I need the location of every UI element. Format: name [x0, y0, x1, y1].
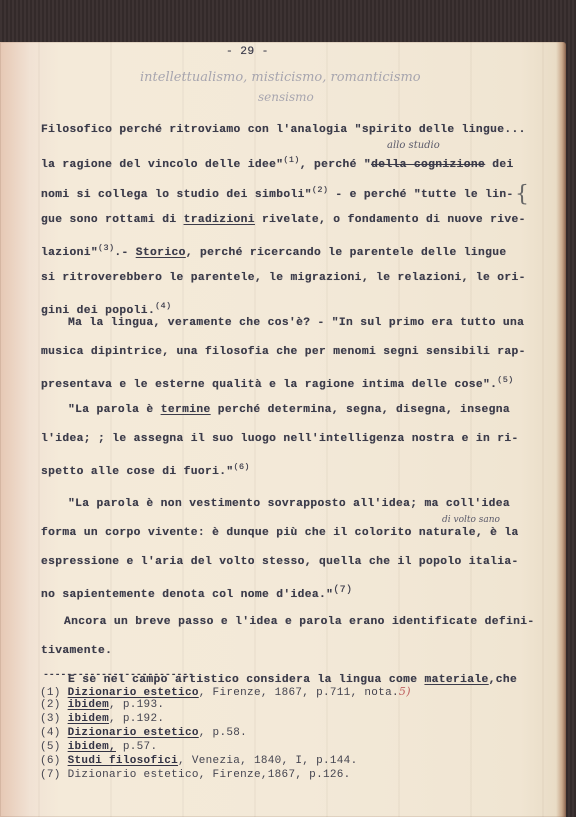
text-segment: "La parola è: [68, 404, 161, 416]
footnote-text: , p.192.: [109, 713, 164, 725]
handwritten-insertion: allo studio: [387, 140, 440, 151]
handwritten-correction: 5): [399, 685, 411, 698]
text-segment: gue sono rottami di: [41, 214, 184, 226]
footnote-title: ibidem: [68, 699, 109, 711]
text-segment: rivelate, o fondamento di nuove rive-: [255, 214, 526, 226]
footnote-text: Dizionario estetico, Firenze,1867, p.126…: [68, 769, 351, 781]
text-line: forma un corpo vivente: è dunque più che…: [41, 527, 519, 539]
text-line: no sapientemente denota col nome d'idea.…: [41, 585, 352, 601]
text-line: gini dei popoli.(4): [41, 301, 171, 317]
text-line: nomi si collega lo studio dei simboli"(2…: [41, 185, 514, 201]
text-line: Filosofico perché ritroviamo con l'analo…: [41, 124, 526, 136]
text-line: Ancora un breve passo e l'idea e parola …: [64, 616, 535, 628]
underlined-text: Storico: [136, 247, 186, 259]
footnote-7: (7) Dizionario estetico, Firenze,1867, p…: [40, 769, 351, 781]
text-line: "La parola è non vestimento sovrapposto …: [68, 498, 510, 510]
pencil-annotation-line1: intellettualismo, misticismo, romanticis…: [140, 70, 421, 85]
footnote-number: (2): [40, 699, 61, 711]
footnote-ref: (1): [283, 155, 299, 165]
text-segment: lazioni": [41, 247, 98, 259]
footnote-title: Dizionario estetico: [68, 687, 199, 699]
text-line: spetto alle cose di fuori."(6): [41, 462, 250, 478]
footnote-text: , p.58.: [199, 727, 247, 739]
margin-bracket-mark: {: [515, 182, 529, 207]
footnote-number: (5): [40, 741, 61, 753]
footnote-5: (5) ibidem, p.57.: [40, 741, 157, 753]
text-line: presentava e le esterne qualità e la rag…: [41, 375, 514, 391]
footnote-separator: --------------------------: [43, 670, 194, 681]
footnote-4: (4) Dizionario estetico, p.58.: [40, 727, 247, 739]
footnote-ref: (3): [98, 243, 114, 253]
text-segment: nomi si collega lo studio dei simboli": [41, 189, 312, 201]
underlined-text: tradizioni: [184, 214, 255, 226]
footnote-text: , Firenze, 1867, p.711, nota.: [199, 687, 399, 699]
page-number: - 29 -: [226, 46, 269, 58]
document-page: - 29 - intellettualismo, misticismo, rom…: [0, 42, 566, 817]
text-line: "La parola è termine perché determina, s…: [68, 404, 510, 416]
text-line: gue sono rottami di tradizioni rivelate,…: [41, 214, 526, 226]
text-line: la ragione del vincolo delle idee"(1), p…: [41, 155, 514, 171]
text-segment: no sapientemente denota col nome d'idea.…: [41, 589, 333, 601]
footnote-number: (1): [40, 687, 61, 699]
text-segment: , perché ": [300, 159, 371, 171]
text-segment: , perché ricercando le parentele delle l…: [186, 247, 507, 259]
footnote-title: Dizionario estetico: [68, 727, 199, 739]
text-segment: - e perché "tutte le lin-: [328, 189, 513, 201]
text-segment: dei: [485, 159, 514, 171]
text-line: l'idea; ; le assegna il suo luogo nell'i…: [41, 433, 519, 445]
footnote-title: ibidem,: [68, 741, 116, 753]
text-segment: la ragione del vincolo delle idee": [41, 159, 283, 171]
text-line: tivamente.: [41, 645, 112, 657]
footnote-number: (3): [40, 713, 61, 725]
underlined-text: materiale: [424, 674, 488, 686]
footnote-title: Studi filosofici: [68, 755, 178, 767]
footnote-2: (2) ibidem, p.193.: [40, 699, 164, 711]
footnote-3: (3) ibidem, p.192.: [40, 713, 164, 725]
text-line: musica dipintrice, una filosofia che per…: [41, 346, 526, 358]
text-segment: ,che: [489, 674, 518, 686]
text-segment: presentava e le esterne qualità e la rag…: [41, 379, 497, 391]
footnote-text: , p.193.: [109, 699, 164, 711]
footnote-text: , Venezia, 1840, I, p.144.: [178, 755, 357, 767]
footnote-text: p.57.: [116, 741, 157, 753]
text-line: espressione e l'aria del volto stesso, q…: [41, 556, 519, 568]
underlined-text: termine: [161, 404, 211, 416]
footnote-ref: (2): [312, 185, 328, 195]
struck-text: della cognizione: [371, 159, 485, 171]
pencil-annotation-line2: sensismo: [258, 90, 314, 104]
text-segment: perché determina, segna, disegna, insegn…: [211, 404, 510, 416]
footnote-number: (7): [40, 769, 61, 781]
footnote-number: (4): [40, 727, 61, 739]
text-line: Ma la lingua, veramente che cos'è? - "In…: [68, 317, 524, 329]
footnote-6: (6) Studi filosofici, Venezia, 1840, I, …: [40, 755, 357, 767]
footnote-number: (6): [40, 755, 61, 767]
text-segment: spetto alle cose di fuori.": [41, 466, 234, 478]
footnote-ref: (4): [155, 301, 171, 311]
text-line: lazioni"(3).- Storico, perché ricercando…: [41, 243, 507, 259]
footnote-1: (1) Dizionario estetico, Firenze, 1867, …: [40, 685, 411, 699]
footnote-ref: (6): [234, 462, 250, 472]
footnote-title: ibidem: [68, 713, 109, 725]
text-segment: .-: [114, 247, 135, 259]
text-line: si ritroverebbero le parentele, le migra…: [41, 272, 526, 284]
text-segment: gini dei popoli.: [41, 305, 155, 317]
footnote-ref: (5): [497, 375, 513, 385]
handwritten-insertion: di volto sano: [442, 515, 500, 525]
footnote-ref: (7): [333, 585, 352, 596]
